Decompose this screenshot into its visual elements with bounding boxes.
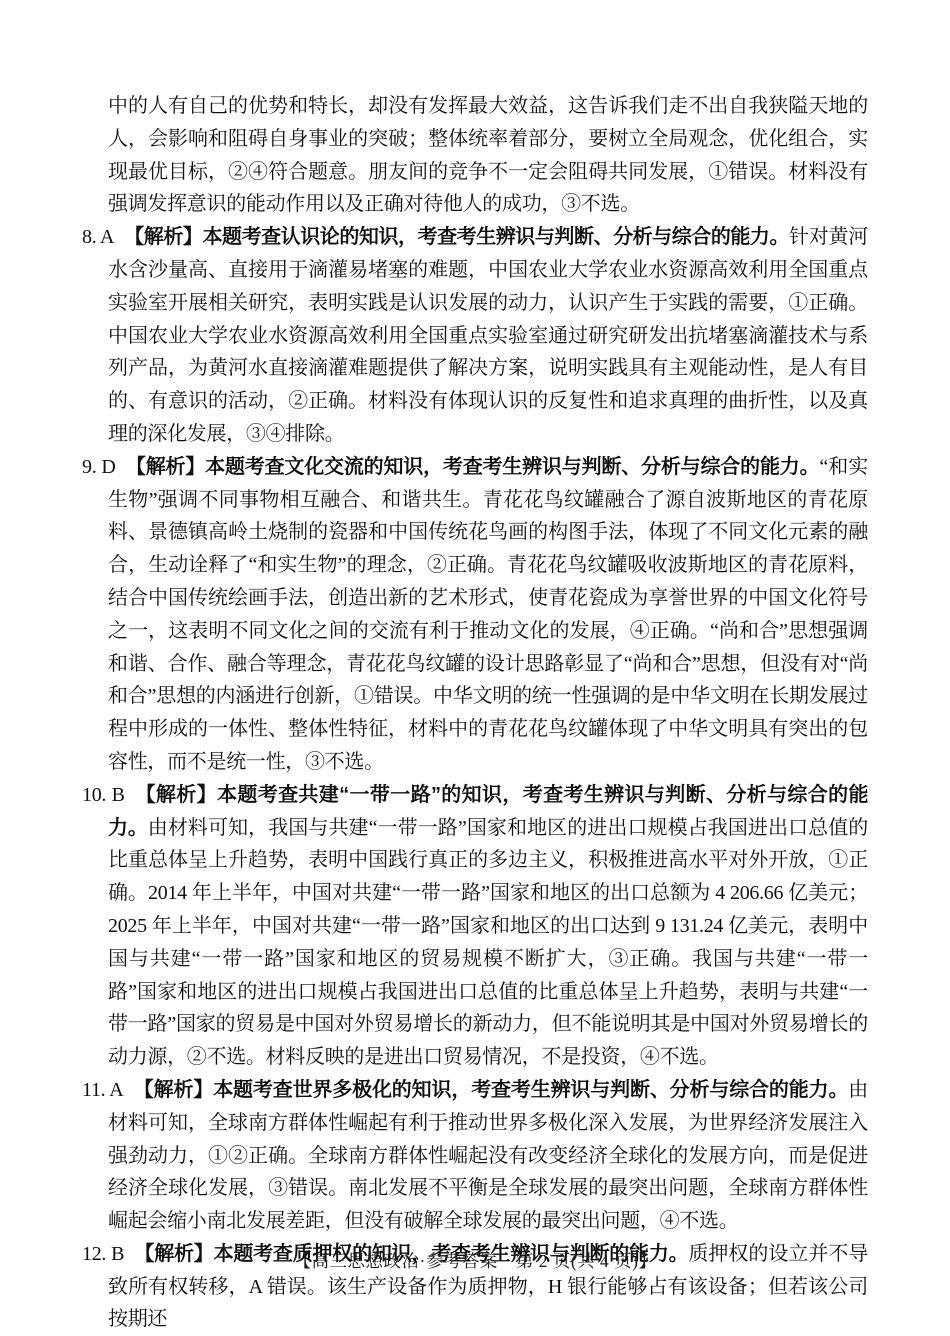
question-10-number-answer: 10. B — [82, 784, 125, 806]
continued-explanation-paragraph: 中的人有自己的优势和特长，却没有发挥最大效益，这告诉我们走不出自我狭隘天地的人，… — [108, 90, 868, 221]
answer-item-q9: 9. D【解析】本题考查文化交流的知识，考查考生辨识与判断、分析与综合的能力。“… — [108, 451, 868, 779]
question-9-analysis-body: “和实生物”强调不同事物相互融合、和谐共生。青花花鸟纹罐融合了源自波斯地区的青花… — [108, 456, 868, 773]
question-8-analysis-intro: 【解析】本题考查认识论的知识，考查考生辨识与判断、分析与综合的能力。 — [124, 226, 789, 248]
question-11-number-answer: 11. A — [82, 1079, 123, 1101]
answer-item-q10: 10. B【解析】本题考查共建“一带一路”的知识，考查考生辨识与判断、分析与综合… — [108, 779, 868, 1074]
page-footer: 【高三思想政治·参考答案 第 2 页(共 4 页)】 — [0, 1248, 950, 1273]
answer-content: 中的人有自己的优势和特长，却没有发挥最大效益，这告诉我们走不出自我狭隘天地的人，… — [108, 90, 868, 1336]
question-9-analysis-intro: 【解析】本题考查文化交流的知识，考查考生辨识与判断、分析与综合的能力。 — [126, 456, 820, 478]
scanned-answer-page: 中的人有自己的优势和特长，却没有发挥最大效益，这告诉我们走不出自我狭隘天地的人，… — [0, 0, 950, 1336]
question-8-analysis-body: 针对黄河水含沙量高、直接用于滴灌易堵塞的难题，中国农业大学农业水资源高效利用全国… — [108, 226, 868, 445]
answer-item-q8: 8. A【解析】本题考查认识论的知识，考查考生辨识与判断、分析与综合的能力。针对… — [108, 221, 868, 451]
question-10-analysis-body: 由材料可知，我国与共建“一带一路”国家和地区的进出口规模占我国进出口总值的比重总… — [108, 817, 868, 1069]
question-11-analysis-intro: 【解析】本题考查世界多极化的知识，考查考生辨识与判断、分析与综合的能力。 — [133, 1079, 848, 1101]
question-9-number-answer: 9. D — [82, 456, 116, 478]
question-8-number-answer: 8. A — [82, 226, 114, 248]
question-11-analysis-body: 由材料可知，全球南方群体性崛起有利于推动世界多极化深入发展，为世界经济发展注入强… — [108, 1079, 868, 1232]
answer-item-q11: 11. A【解析】本题考查世界多极化的知识，考查考生辨识与判断、分析与综合的能力… — [108, 1074, 868, 1238]
